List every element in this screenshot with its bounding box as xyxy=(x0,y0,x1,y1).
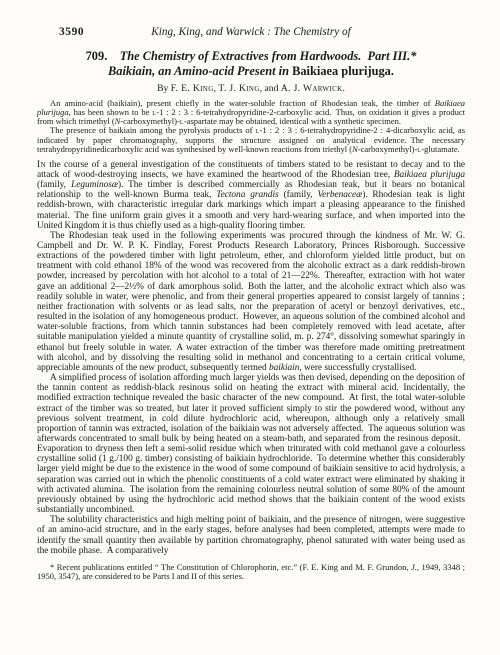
text-run: By xyxy=(157,83,171,94)
text-run: (family, xyxy=(37,180,71,190)
text-run: baikiain xyxy=(269,363,299,373)
body-paragraph: In the course of a general investigation… xyxy=(37,160,465,231)
footnote: * Recent publications entitled “ The Con… xyxy=(37,563,465,581)
body-paragraph: A simplified process of isolation afford… xyxy=(37,373,465,515)
text-run: In xyxy=(37,160,46,170)
text-run: Baikiain, an Amino-acid Present in xyxy=(108,64,292,78)
text-run: 709. xyxy=(86,49,108,63)
text-run: Baikiaea plurijuga xyxy=(394,170,465,180)
text-run xyxy=(107,49,119,63)
footnote-paragraph: * Recent publications entitled “ The Con… xyxy=(37,563,465,581)
text-run: , and xyxy=(260,83,281,94)
text-run: The solubility characteristics and high … xyxy=(37,515,465,555)
text-run: . xyxy=(343,83,345,94)
text-run: Baikiaea plurijuga. xyxy=(292,64,394,78)
abstract-paragraph: The presence of baikiain among the pyrol… xyxy=(37,126,465,153)
text-run: F. E. King xyxy=(171,83,214,94)
text-run: (family, xyxy=(279,190,318,200)
text-run: The Rhodesian teak used in the following… xyxy=(37,231,465,373)
text-run: Tectona grandis xyxy=(216,190,278,200)
article-title-line-2: Baikiain, an Amino-acid Present in Baiki… xyxy=(37,64,465,79)
text-run: The Chemistry of Extractives from Hardwo… xyxy=(120,49,417,63)
abstract-paragraph: An amino-acid (baikiain), present chiefl… xyxy=(37,99,465,126)
byline: By F. E. King, T. J. King, and A. J. War… xyxy=(37,83,465,94)
text-run: T. J. King xyxy=(218,83,259,94)
article-title-line-1: 709. The Chemistry of Extractives from H… xyxy=(37,49,465,64)
running-head: King, King, and Warwick : The Chemistry … xyxy=(37,26,465,39)
journal-page: 3590 King, King, and Warwick : The Chemi… xyxy=(0,0,500,655)
article-title-block: 709. The Chemistry of Extractives from H… xyxy=(37,49,465,78)
text-run: -carboxymethyl)- xyxy=(358,144,417,154)
page-header: 3590 King, King, and Warwick : The Chemi… xyxy=(37,26,465,39)
text-run: A simplified process of isolation afford… xyxy=(37,373,465,515)
text-run: -glutamate. xyxy=(421,144,459,154)
body-paragraph: The solubility characteristics and high … xyxy=(37,515,465,556)
text-run: Verbenaceæ xyxy=(318,190,363,200)
page-number: 3590 xyxy=(59,26,84,39)
abstract: An amino-acid (baikiain), present chiefl… xyxy=(37,99,465,154)
text-run: A. J. Warwick xyxy=(281,83,343,94)
article-body: In the course of a general investigation… xyxy=(37,160,465,556)
text-run: , were successfully crystallised. xyxy=(299,363,416,373)
body-paragraph: The Rhodesian teak used in the following… xyxy=(37,231,465,373)
text-run: Leguminosæ xyxy=(71,180,118,190)
